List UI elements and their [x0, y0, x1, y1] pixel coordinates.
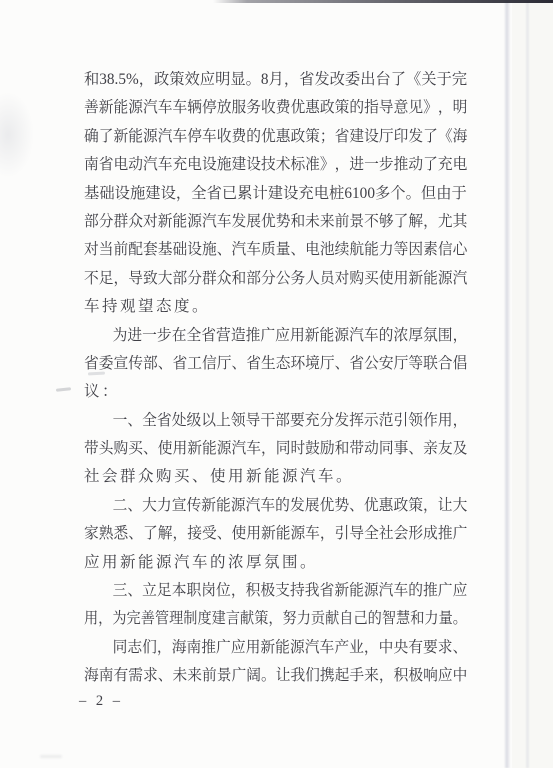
document-line: 家熟悉、了解，接受、使用新能源车，引导全社会形成推广 — [84, 520, 448, 548]
document-line: 确了新能源汽车停车收费的优惠政策；省建设厅印发了《海 — [84, 123, 448, 151]
document-text: 和38.5%，政策效应明显。8月，省发改委出台了《关于完善新能源汽车车辆停放服务… — [84, 66, 467, 691]
document-line: 议： — [84, 378, 467, 406]
document-line: 带头购买、使用新能源汽车，同时鼓励和带动同事、亲友及 — [84, 435, 448, 463]
document-line: 为进一步在全省营造推广应用新能源汽车的浓厚氛围， — [84, 322, 449, 350]
document-line: 社会群众购买、使用新能源汽车。 — [84, 463, 467, 491]
page-fold-line — [504, 0, 510, 768]
document-page: 和38.5%，政策效应明显。8月，省发改委出台了《关于完善新能源汽车车辆停放服务… — [0, 0, 553, 768]
document-line: 不足，导致大部分群众和部分公务人员对购买使用新能源汽 — [84, 265, 448, 293]
document-line: 二、大力宣传新能源汽车的发展优势、优惠政策，让大 — [84, 492, 449, 520]
page-edge-line — [526, 0, 529, 768]
scan-left-shading — [0, 92, 34, 178]
smudge-mark — [56, 387, 71, 392]
document-line: 海南有需求、未来前景广阔。让我们携起手来，积极响应中 — [84, 662, 448, 690]
smudge-mark — [40, 755, 62, 758]
document-line: 用，为完善管理制度建言献策，努力贡献自己的智慧和力量。 — [84, 605, 434, 633]
document-line: 和38.5%，政策效应明显。8月，省发改委出台了《关于完 — [84, 66, 461, 94]
document-line: 基础设施建设，全省已累计建设充电桩6100多个。但由于 — [84, 180, 462, 208]
document-line: 南省电动汽车充电设施建设技术标准》，进一步推动了充电 — [84, 151, 448, 179]
scan-top-edge-shadow — [213, 0, 553, 3]
document-line: 省委宣传部、省工信厅、省生态环境厅、省公安厅等联合倡 — [84, 350, 448, 378]
document-line: 部分群众对新能源汽车发展优势和未来前景不够了解，尤其 — [84, 208, 448, 236]
document-line: 善新能源汽车车辆停放服务收费优惠政策的指导意见》，明 — [84, 94, 448, 122]
document-line: 对当前配套基础设施、汽车质量、电池续航能力等因素信心 — [84, 236, 448, 264]
page-number: – 2 – — [79, 692, 123, 710]
document-line: 一、全省处级以上领导干部要充分发挥示范引领作用， — [84, 407, 449, 435]
document-line: 车持观望态度。 — [84, 293, 467, 321]
document-line: 三、立足本职岗位，积极支持我省新能源汽车的推广应 — [84, 577, 449, 605]
document-line: 同志们，海南推广应用新能源汽车产业，中央有要求、 — [84, 634, 449, 662]
document-line: 应用新能源汽车的浓厚氛围。 — [84, 549, 467, 577]
scan-right-margin — [512, 0, 553, 768]
